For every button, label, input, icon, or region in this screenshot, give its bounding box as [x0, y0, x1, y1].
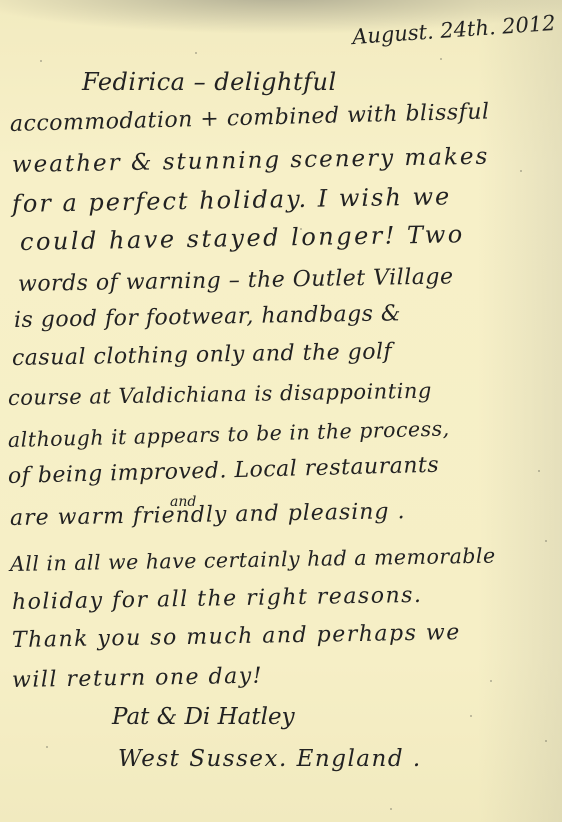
signature-location: West Sussex. England . — [118, 746, 422, 772]
scan-speck — [440, 58, 442, 60]
note-line-3: weather & stunning scenery makes — [12, 144, 490, 178]
note-line-14: holiday for all the right reasons. — [12, 583, 423, 615]
note-line-13: All in all we have certainly had a memor… — [10, 544, 496, 576]
guestbook-page: August. 24th. 2012 Fedirica – delightful… — [0, 0, 562, 822]
scan-speck — [470, 715, 472, 717]
note-line-6: words of warning – the Outlet Village — [18, 264, 454, 297]
signature-names: Pat & Di Hatley — [112, 704, 295, 730]
scan-speck — [46, 746, 48, 748]
note-line-10: although it appears to be in the process… — [8, 416, 450, 452]
note-line-9: course at Valdichiana is disappointing — [8, 379, 432, 410]
note-line-4: for a perfect holiday. I wish we — [12, 182, 452, 218]
note-line-7: is good for footwear, handbags & — [14, 301, 401, 333]
scan-speck — [545, 540, 547, 542]
note-line-2: accommodation + combined with blissful — [10, 99, 490, 137]
scan-speck — [538, 470, 540, 472]
note-line-11: of being improved. Local restaurants — [8, 453, 440, 489]
scan-speck — [390, 808, 392, 810]
note-line-15: Thank you so much and perhaps we — [12, 620, 461, 653]
note-line-1: Fedirica – delightful — [82, 68, 337, 96]
note-line-12: are warm friendly and pleasing . — [10, 499, 406, 531]
scan-speck — [545, 740, 547, 742]
note-line-16: will return one day! — [12, 664, 263, 693]
scan-speck — [195, 52, 197, 54]
note-line-5: could have stayed longer! Two — [20, 220, 465, 256]
note-line-8: casual clothing only and the golf — [12, 339, 393, 371]
scan-speck — [520, 170, 522, 172]
scan-speck — [40, 60, 42, 62]
note-date: August. 24th. 2012 — [352, 11, 557, 49]
scan-speck — [490, 680, 492, 682]
